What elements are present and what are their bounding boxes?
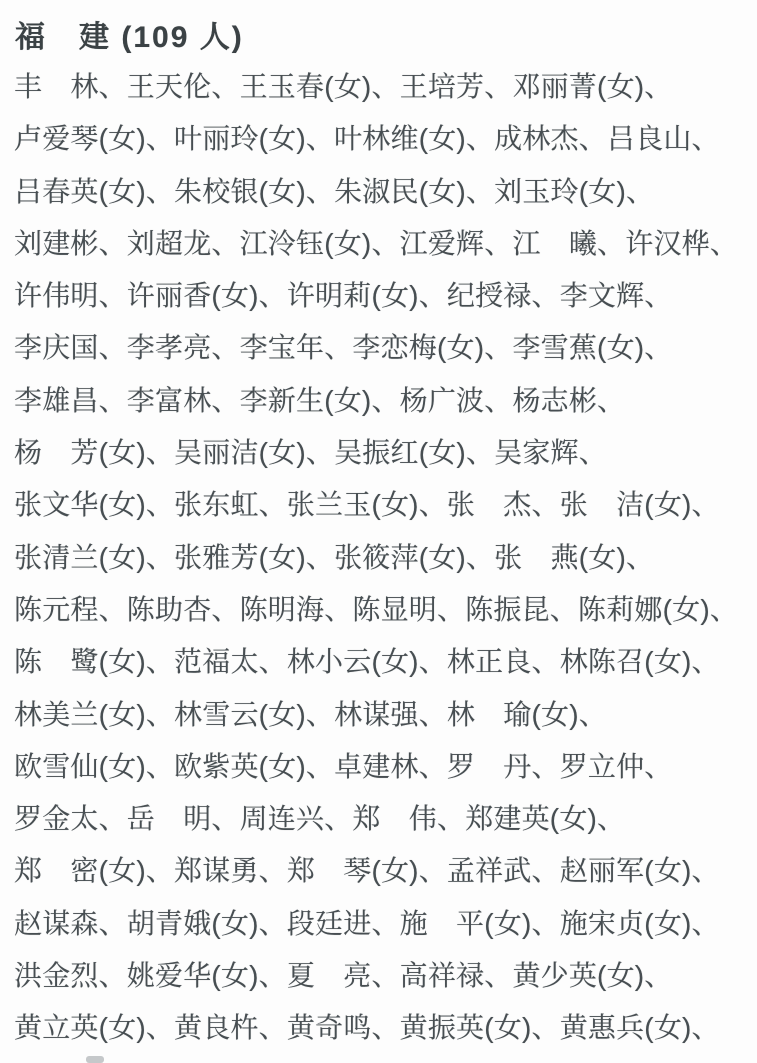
name-line: 许伟明、许丽香(女)、许明莉(女)、纪授禄、李文辉、 [14, 270, 752, 322]
name-line: 卢爱琴(女)、叶丽玲(女)、叶林维(女)、成林杰、吕良山、 [14, 113, 752, 165]
name-line: 黄立英(女)、黄良杵、黄奇鸣、黄振英(女)、黄惠兵(女)、 [14, 1002, 752, 1054]
name-line: 洪金烈、姚爱华(女)、夏 亮、高祥禄、黄少英(女)、 [14, 950, 752, 1002]
name-line: 杨 芳(女)、吴丽洁(女)、吴振红(女)、吴家辉、 [14, 427, 752, 479]
name-line: 郑 密(女)、郑谋勇、郑 琴(女)、孟祥武、赵丽军(女)、 [14, 845, 752, 897]
name-line: 吕春英(女)、朱校银(女)、朱淑民(女)、刘玉玲(女)、 [14, 166, 752, 218]
section-heading: 福 建 (109 人) [15, 12, 244, 56]
next-line-cutoff-mark [86, 1056, 104, 1063]
name-line: 林美兰(女)、林雪云(女)、林谋强、林 瑜(女)、 [14, 689, 752, 741]
name-line: 陈 鹭(女)、范福太、林小云(女)、林正良、林陈召(女)、 [14, 636, 752, 688]
name-line: 李庆国、李孝亮、李宝年、李恋梅(女)、李雪蕉(女)、 [14, 322, 752, 374]
document-page: 福 建 (109 人) 丰 林、王天伦、王玉春(女)、王培芳、邓丽菁(女)、卢爱… [0, 0, 757, 1063]
name-line: 陈元程、陈助杏、陈明海、陈显明、陈振昆、陈莉娜(女)、 [14, 584, 752, 636]
name-line: 赵谋森、胡青娥(女)、段廷进、施 平(女)、施宋贞(女)、 [14, 898, 752, 950]
name-line: 张清兰(女)、张雅芳(女)、张筱萍(女)、张 燕(女)、 [14, 532, 752, 584]
name-line: 刘建彬、刘超龙、江泠钰(女)、江爱辉、江 曦、许汉桦、 [14, 218, 752, 270]
name-list: 丰 林、王天伦、王玉春(女)、王培芳、邓丽菁(女)、卢爱琴(女)、叶丽玲(女)、… [14, 61, 752, 1055]
name-line: 李雄昌、李富林、李新生(女)、杨广波、杨志彬、 [14, 375, 752, 427]
name-line: 罗金太、岳 明、周连兴、郑 伟、郑建英(女)、 [14, 793, 752, 845]
name-line: 欧雪仙(女)、欧紫英(女)、卓建林、罗 丹、罗立仲、 [14, 741, 752, 793]
name-line: 张文华(女)、张东虹、张兰玉(女)、张 杰、张 洁(女)、 [14, 479, 752, 531]
name-line: 丰 林、王天伦、王玉春(女)、王培芳、邓丽菁(女)、 [14, 61, 752, 113]
